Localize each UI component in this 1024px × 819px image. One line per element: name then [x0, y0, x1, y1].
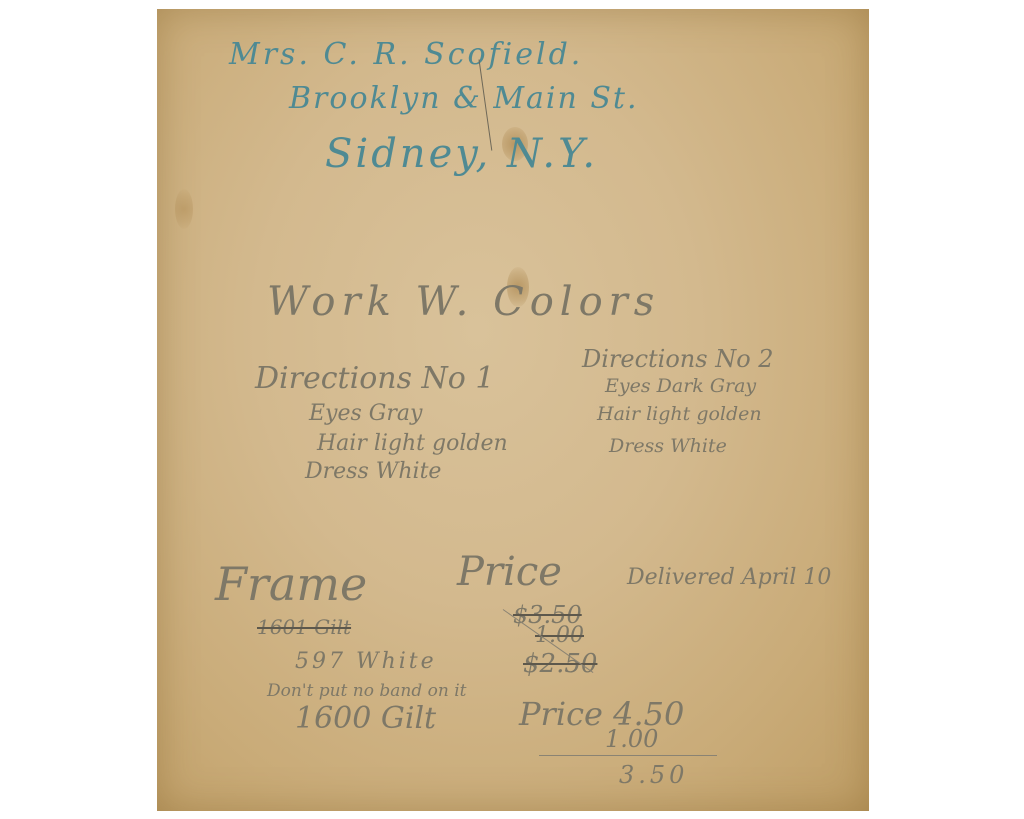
price-sum-line: [539, 755, 717, 756]
directions-2-hair: Hair light golden: [597, 403, 762, 425]
directions-1-dress: Dress White: [305, 459, 441, 484]
directions-2-title: Directions No 2: [582, 345, 774, 373]
price-title: Price: [457, 549, 562, 595]
address-name: Mrs. C. R. Scofield.: [229, 37, 583, 72]
directions-1-hair: Hair light golden: [317, 431, 508, 456]
frame-title: Frame: [215, 557, 367, 611]
address-street: Brooklyn & Main St.: [289, 81, 639, 116]
price-final: Price 4.50: [519, 695, 684, 733]
frame-struck-line: 1601 Gilt: [257, 615, 351, 639]
directions-1-eyes: Eyes Gray: [309, 401, 422, 426]
frame-gilt: 1600 Gilt: [295, 701, 436, 736]
work-heading: Work W. Colors: [267, 279, 660, 325]
price-total: 3.50: [619, 761, 688, 789]
aged-paper: Mrs. C. R. Scofield. Brooklyn & Main St.…: [157, 9, 869, 811]
directions-1-title: Directions No 1: [255, 361, 494, 396]
delivered-note: Delivered April 10: [627, 565, 831, 590]
stain-left-edge: [175, 189, 193, 229]
price-minus: 1.00: [605, 725, 658, 753]
directions-2-dress: Dress White: [609, 435, 727, 457]
directions-2-eyes: Eyes Dark Gray: [605, 375, 756, 397]
address-city: Sidney, N.Y.: [325, 131, 598, 177]
price-struck-3: $2.50: [523, 649, 597, 679]
frame-white: 597 White: [295, 649, 437, 674]
frame-note: Don't put no band on it: [267, 681, 466, 701]
